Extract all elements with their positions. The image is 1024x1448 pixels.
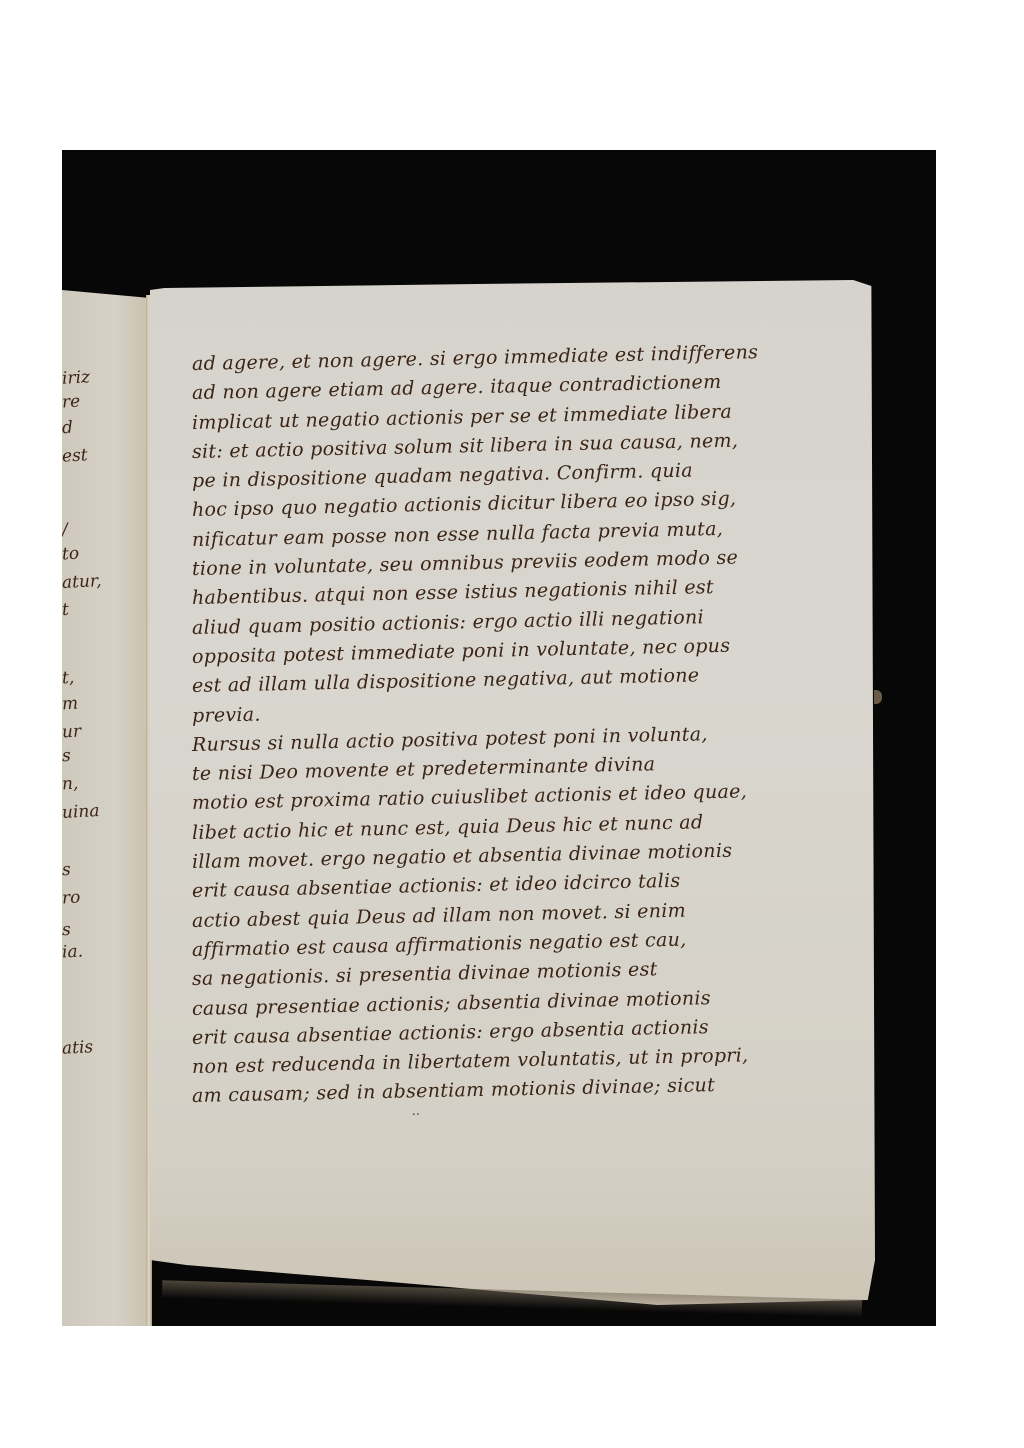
left-page-fragment: ur (62, 722, 82, 743)
page-tab-mark (874, 690, 882, 704)
left-page-fragment: ro (62, 888, 81, 909)
photo-frame: irizredest/toatur,tt,mursn,uinasrosia.at… (62, 150, 936, 1326)
left-page-fragment: iriz (62, 367, 90, 388)
left-page-fragment: atis (62, 1037, 94, 1059)
left-page: irizredest/toatur,tt,mursn,uinasrosia.at… (62, 290, 150, 1326)
left-page-fragment: est (62, 445, 88, 466)
left-page-fragment: uina (62, 801, 100, 823)
left-page-fragment: n, (62, 774, 79, 795)
left-page-fragment: atur, (62, 571, 102, 593)
left-page-fragment: t (62, 600, 69, 620)
manuscript-text: ad agere, et non agere. si ergo immediat… (192, 350, 792, 1126)
left-page-fragment: d (62, 418, 73, 439)
left-page-fragment: / (62, 520, 68, 540)
left-page-fragment: ia. (62, 941, 83, 962)
left-page-fragment: re (62, 392, 81, 413)
left-page-fragment: t, (62, 668, 75, 689)
right-page: ad agere, et non agere. si ergo immediat… (150, 280, 875, 1305)
left-page-fragment: s (62, 746, 71, 766)
left-page-fragment: s (62, 860, 71, 880)
left-page-fragment: m (62, 694, 79, 715)
left-page-fragment: s (62, 920, 71, 940)
left-page-fragment: to (62, 544, 80, 565)
